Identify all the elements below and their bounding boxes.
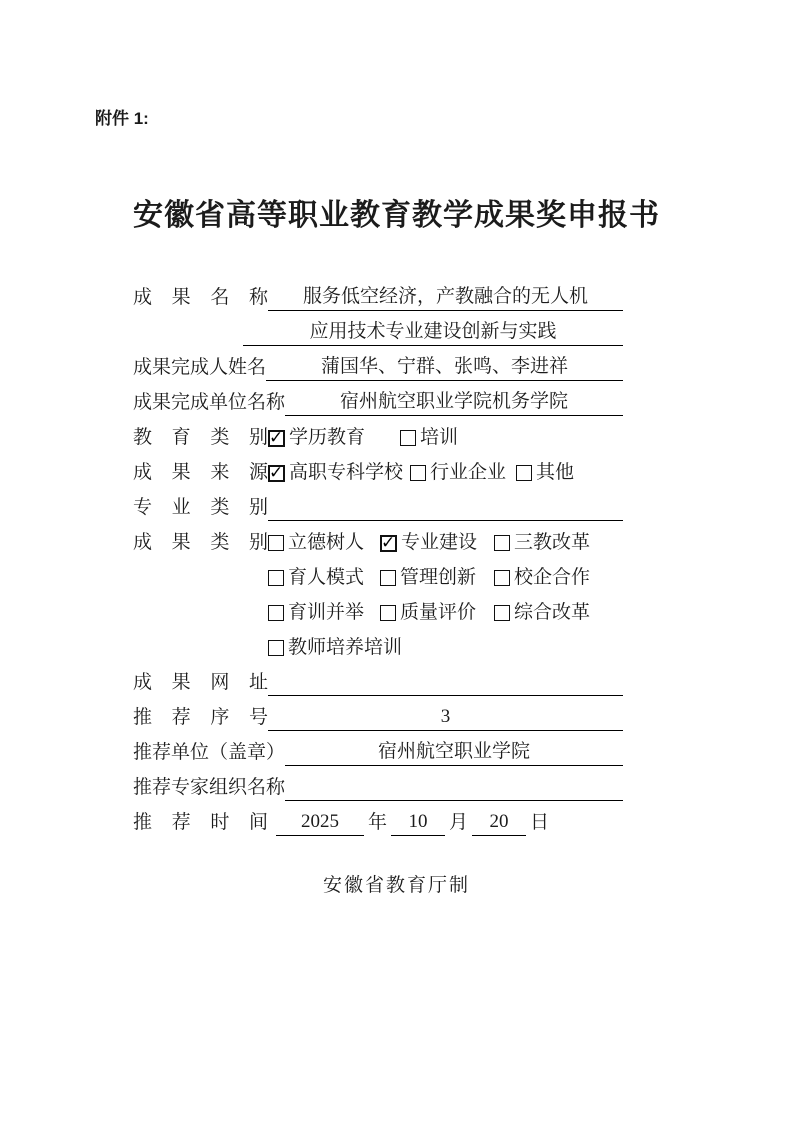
completing-unit-label: 成果完成单位名称 [133,390,285,416]
row-achievement-name: 成果名称 服务低空经济，产教融合的无人机 [133,276,623,311]
checkbox-icon[interactable] [494,570,510,586]
checkbox-checked-icon[interactable] [268,465,285,482]
row-expert-org-name: 推荐专家组织名称 [133,766,623,801]
row-achievement-category-1: 成果类别 立德树人 专业建设 三教改革 [133,521,623,556]
document-page: 附件 1: 安徽省高等职业教育教学成果奖申报书 成果名称 服务低空经济，产教融合… [0,0,793,1122]
option-label: 其他 [536,460,574,486]
option-label: 培训 [420,425,458,451]
checkbox-icon[interactable] [380,605,396,621]
option-label: 校企合作 [514,565,590,591]
education-type-label: 教育类别 [133,425,268,451]
checkbox-icon[interactable] [268,605,284,621]
checkbox-icon[interactable] [494,605,510,621]
row-major-category: 专业类别 [133,486,623,521]
option-industry-enterprise[interactable]: 行业企业 [410,460,516,486]
page-title: 安徽省高等职业教育教学成果奖申报书 [0,190,793,234]
checkbox-icon[interactable] [268,570,284,586]
option-management-innovation[interactable]: 管理创新 [380,565,494,591]
completing-unit-value-line: 宿州航空职业学院机务学院 [285,388,623,416]
checkbox-checked-icon[interactable] [268,430,285,447]
recommending-unit-label: 推荐单位（盖章） [133,740,285,766]
achievement-category-label: 成果类别 [133,530,268,556]
option-label: 立德树人 [288,530,364,556]
checkbox-icon[interactable] [400,430,416,446]
option-label: 高职专科学校 [289,460,403,486]
major-category-value-line [268,493,623,521]
achievement-url-label: 成果网址 [133,670,268,696]
application-form: 成果名称 服务低空经济，产教融合的无人机 应用技术专业建设创新与实践 成果完成人… [133,276,623,836]
completers-label: 成果完成人姓名 [133,355,266,381]
recommendation-number-value-line: 3 [268,703,623,731]
option-label: 管理创新 [400,565,476,591]
checkbox-icon[interactable] [516,465,532,481]
recommendation-number-label: 推荐序号 [133,705,268,731]
option-degree-education[interactable]: 学历教育 [268,425,400,451]
option-quality-evaluation[interactable]: 质量评价 [380,600,494,626]
completers-value-line: 蒲国华、宁群、张鸣、李进祥 [266,353,623,381]
row-completing-unit: 成果完成单位名称 宿州航空职业学院机务学院 [133,381,623,416]
option-label: 育人模式 [288,565,364,591]
option-label: 综合改革 [514,600,590,626]
row-achievement-category-4: 教师培养培训 [133,626,623,661]
date-year-line: 2025 [276,808,364,836]
row-recommendation-date: 推荐时间 2025 年 10 月 20 日 [133,801,623,836]
checkbox-icon[interactable] [410,465,426,481]
option-label: 行业企业 [430,460,506,486]
option-vocational-college[interactable]: 高职专科学校 [268,460,410,486]
option-other[interactable]: 其他 [516,460,574,486]
recommendation-date-label: 推荐时间 [133,810,268,836]
major-category-label: 专业类别 [133,495,268,521]
achievement-name-line-2: 应用技术专业建设创新与实践 [243,318,623,346]
row-achievement-category-2: 育人模式 管理创新 校企合作 [133,556,623,591]
row-education-type: 教育类别 学历教育 培训 [133,416,623,451]
option-lide-shuren[interactable]: 立德树人 [268,530,380,556]
checkbox-icon[interactable] [268,640,284,656]
row-recommending-unit: 推荐单位（盖章） 宿州航空职业学院 [133,731,623,766]
option-three-education-reform[interactable]: 三教改革 [494,530,590,556]
expert-org-name-label: 推荐专家组织名称 [133,775,285,801]
achievement-name-line-1: 服务低空经济，产教融合的无人机 [268,283,623,311]
checkbox-checked-icon[interactable] [380,535,397,552]
option-teacher-training[interactable]: 教师培养培训 [268,635,402,661]
checkbox-icon[interactable] [380,570,396,586]
checkbox-icon[interactable] [268,535,284,551]
option-label: 育训并举 [288,600,364,626]
date-day-line: 20 [472,808,526,836]
row-achievement-name-cont: 应用技术专业建设创新与实践 [133,311,623,346]
option-school-enterprise-cooperation[interactable]: 校企合作 [494,565,590,591]
date-month-unit: 月 [445,810,472,836]
footer-issuer: 安徽省教育厅制 [0,870,793,897]
option-label: 专业建设 [401,530,477,556]
option-label: 三教改革 [514,530,590,556]
row-completers: 成果完成人姓名 蒲国华、宁群、张鸣、李进祥 [133,346,623,381]
checkbox-icon[interactable] [494,535,510,551]
option-label: 质量评价 [400,600,476,626]
row-achievement-source: 成果来源 高职专科学校 行业企业 其他 [133,451,623,486]
date-day-unit: 日 [526,810,553,836]
row-achievement-category-3: 育训并举 质量评价 综合改革 [133,591,623,626]
recommending-unit-value-line: 宿州航空职业学院 [285,738,623,766]
option-comprehensive-reform[interactable]: 综合改革 [494,600,590,626]
achievement-name-label: 成果名称 [133,285,268,311]
option-label: 学历教育 [289,425,365,451]
option-label: 教师培养培训 [288,635,402,661]
row-recommendation-number: 推荐序号 3 [133,696,623,731]
attachment-label: 附件 1: [95,104,149,129]
achievement-url-value-line [268,668,623,696]
option-training[interactable]: 培训 [400,425,458,451]
option-major-construction[interactable]: 专业建设 [380,530,494,556]
row-achievement-url: 成果网址 [133,661,623,696]
date-year-unit: 年 [364,810,391,836]
option-training-parallel[interactable]: 育训并举 [268,600,380,626]
achievement-source-label: 成果来源 [133,460,268,486]
date-month-line: 10 [391,808,445,836]
option-education-model[interactable]: 育人模式 [268,565,380,591]
expert-org-name-value-line [285,773,623,801]
